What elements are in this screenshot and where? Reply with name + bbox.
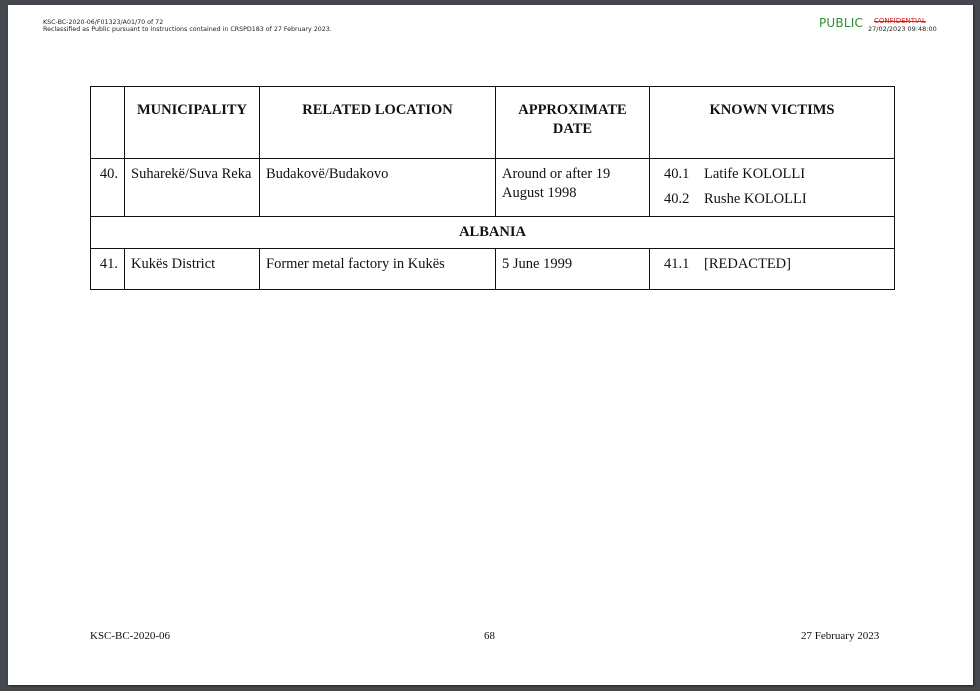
- date-cell: 5 June 1999: [496, 249, 650, 290]
- location-cell: Budakovë/Budakovo: [260, 159, 496, 217]
- victims-table: MUNICIPALITY RELATED LOCATION APPROXIMAT…: [90, 86, 895, 290]
- table-row: 41. Kukës District Former metal factory …: [91, 249, 895, 290]
- victim-entry: 41.1 [REDACTED]: [656, 255, 888, 274]
- struck-confidential-label: CONFIDENTIAL: [874, 17, 926, 25]
- col-header-municipality: MUNICIPALITY: [125, 87, 260, 159]
- victim-entry: 40.1 Latife KOLOLLI: [656, 165, 888, 184]
- victims-cell: 41.1 [REDACTED]: [650, 249, 895, 290]
- row-number: 40.: [91, 159, 125, 217]
- col-header-date: APPROXIMATE DATE: [496, 87, 650, 159]
- footer-page-number: 68: [484, 630, 495, 642]
- footer-case-number: KSC-BC-2020-06: [90, 630, 170, 642]
- victim-entry: 40.2 Rushe KOLOLLI: [656, 190, 888, 209]
- header-reference: KSC-BC-2020-06/F01323/A01/70 of 72 Recla…: [43, 19, 332, 33]
- victim-name: Rushe KOLOLLI: [704, 190, 807, 209]
- victim-name: [REDACTED]: [704, 255, 791, 274]
- timestamp: 27/02/2023 09:48:00: [868, 25, 937, 33]
- victim-name: Latife KOLOLLI: [704, 165, 805, 184]
- municipality-cell: Kukës District: [125, 249, 260, 290]
- table-row: 40. Suharekë/Suva Reka Budakovë/Budakovo…: [91, 159, 895, 217]
- reclassification-note: Reclassified as Public pursuant to instr…: [43, 26, 332, 33]
- classification-stamp: PUBLIC CONFIDENTIAL 27/02/2023 09:48:00: [819, 12, 863, 31]
- table-header-row: MUNICIPALITY RELATED LOCATION APPROXIMAT…: [91, 87, 895, 159]
- doc-reference: KSC-BC-2020-06/F01323/A01/70 of 72: [43, 19, 332, 26]
- section-heading: ALBANIA: [91, 217, 895, 249]
- section-row: ALBANIA: [91, 217, 895, 249]
- victim-id: 40.1: [656, 165, 704, 184]
- location-cell: Former metal factory in Kukës: [260, 249, 496, 290]
- public-label: PUBLIC: [819, 16, 863, 30]
- row-number: 41.: [91, 249, 125, 290]
- col-header-location: RELATED LOCATION: [260, 87, 496, 159]
- date-cell: Around or after 19 August 1998: [496, 159, 650, 217]
- victim-id: 41.1: [656, 255, 704, 274]
- document-page: KSC-BC-2020-06/F01323/A01/70 of 72 Recla…: [8, 5, 973, 685]
- col-header-victims: KNOWN VICTIMS: [650, 87, 895, 159]
- col-header-number: [91, 87, 125, 159]
- municipality-cell: Suharekë/Suva Reka: [125, 159, 260, 217]
- victims-cell: 40.1 Latife KOLOLLI 40.2 Rushe KOLOLLI: [650, 159, 895, 217]
- victim-id: 40.2: [656, 190, 704, 209]
- footer-date: 27 February 2023: [801, 630, 879, 642]
